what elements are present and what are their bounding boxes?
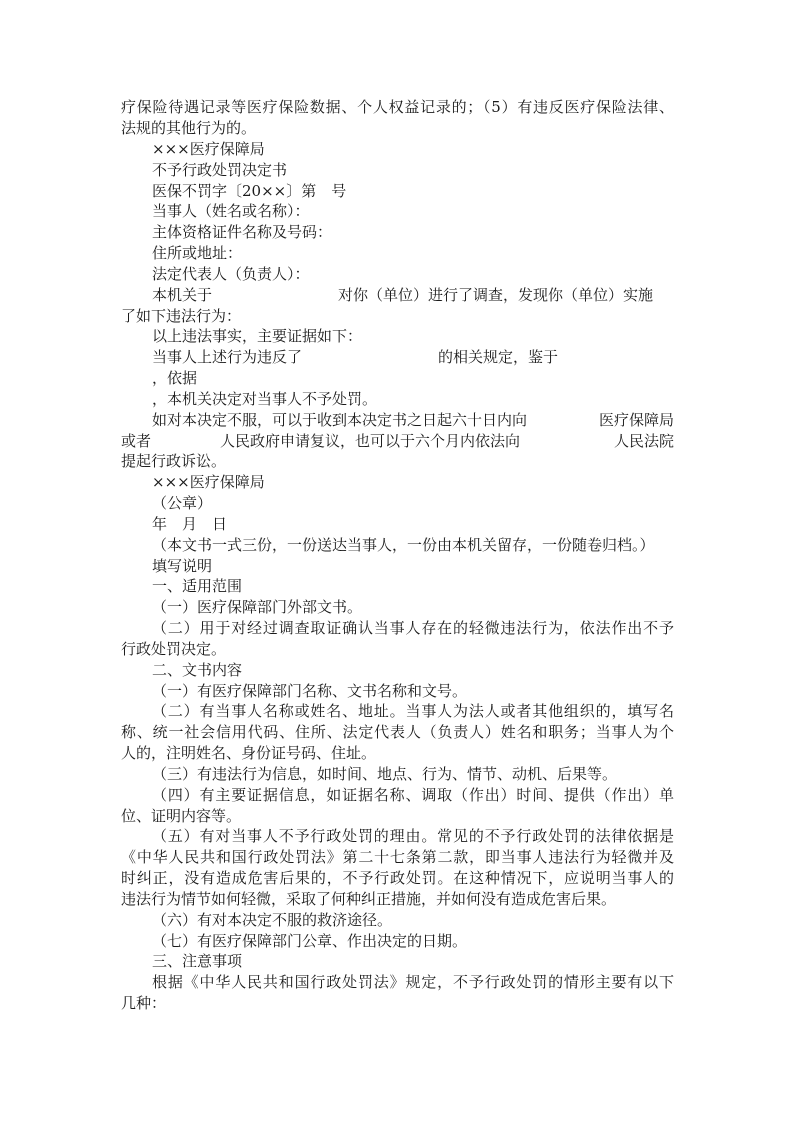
section-heading: 一、适用范围 — [152, 576, 674, 597]
issuing-authority: ×××医疗保障局 — [152, 139, 674, 160]
legal-representative-field: 法定代表人（负责人）： — [152, 264, 674, 285]
text-segment: 本机关于 — [152, 285, 212, 306]
paragraph-line: 时纠正，没有造成危害后果的，不予行政处罚。在这种情况下，应说明当事人的 — [121, 868, 674, 889]
paragraph-line: 几种： — [121, 993, 674, 1014]
copies-note: （本文书一式三份，一份送达当事人，一份由本机关留存，一份随卷归档。） — [152, 535, 674, 556]
document-page: 疗保险待遇记录等医疗保险数据、个人权益记录的；（5）有违反医疗保险法律、 法规的… — [0, 0, 793, 1122]
document-title: 不予行政处罚决定书 — [152, 160, 674, 181]
paragraph-line: 根据《中华人民共和国行政处罚法》规定，不予行政处罚的情形主要有以下 — [152, 972, 674, 993]
text-segment: 当事人上述行为违反了 — [152, 347, 302, 368]
paragraph-line: 违法行为情节如何轻微，采取了何种纠正措施，并如何没有造成危害后果。 — [121, 889, 674, 910]
party-name-field: 当事人（姓名或名称）： — [152, 201, 674, 222]
paragraph-line: 提起行政诉讼。 — [121, 451, 674, 472]
paragraph-line: 了如下违法行为： — [121, 306, 674, 327]
paragraph-line: 称、统一社会信用代码、住所、法定代表人（负责人）姓名和职务；当事人为个 — [121, 722, 674, 743]
appeal-line: 或者 人民政府申请复议，也可以于六个月内依法向 人民法院 — [121, 431, 674, 452]
list-item: （三）有违法行为信息，如时间、地点、行为、情节、动机、后果等。 — [152, 764, 674, 785]
list-item: （一）有医疗保障部门名称、文书名称和文号。 — [152, 681, 674, 702]
paragraph-line: 行政处罚决定。 — [121, 639, 674, 660]
text-segment: 医疗保障局 — [599, 410, 674, 431]
list-item: （六）有对本决定不服的救济途径。 — [152, 910, 674, 931]
document-number: 医保不罚字〔20××〕第 号 — [152, 181, 674, 202]
paragraph-line: 位、证明内容等。 — [121, 806, 674, 827]
appeal-line: 如对本决定不服，可以于收到本决定书之日起六十日内向 医疗保障局 — [152, 410, 674, 431]
signing-authority: ×××医疗保障局 — [152, 472, 674, 493]
violation-line: 当事人上述行为违反了 的相关规定，鉴于 — [152, 347, 674, 368]
paragraph-line: 疗保险待遇记录等医疗保险数据、个人权益记录的；（5）有违反医疗保险法律、 — [121, 97, 674, 118]
official-seal: （公章） — [152, 493, 674, 514]
list-item: （四）有主要证据信息，如证据名称、调取（作出）时间、提供（作出）单 — [152, 785, 674, 806]
paragraph-line: ，依据 — [152, 368, 674, 389]
party-address-field: 住所或地址： — [152, 243, 674, 264]
paragraph-line: 《中华人民共和国行政处罚法》第二十七条第二款，即当事人违法行为轻微并及 — [121, 847, 674, 868]
list-item: （二）有当事人名称或姓名、地址。当事人为法人或者其他组织的，填写名 — [152, 701, 674, 722]
text-segment: 如对本决定不服，可以于收到本决定书之日起六十日内向 — [152, 410, 527, 431]
text-segment: 对你（单位）进行了调查，发现你（单位）实施 — [338, 285, 653, 306]
list-item: （一）医疗保障部门外部文书。 — [152, 597, 674, 618]
section-heading: 填写说明 — [152, 556, 674, 577]
text-segment: 人民政府申请复议，也可以于六个月内依法向 — [220, 431, 520, 452]
text-segment: 的相关规定，鉴于 — [438, 347, 558, 368]
party-id-field: 主体资格证件名称及号码： — [152, 222, 674, 243]
text-segment: 人民法院 — [614, 431, 674, 452]
list-item: （二）用于对经过调查取证确认当事人存在的轻微违法行为，依法作出不予 — [152, 618, 674, 639]
text-segment: 或者 — [121, 431, 151, 452]
decision-line: ，本机关决定对当事人不予处罚。 — [152, 389, 674, 410]
section-heading: 二、文书内容 — [152, 660, 674, 681]
section-heading: 三、注意事项 — [152, 951, 674, 972]
investigation-line: 本机关于 对你（单位）进行了调查，发现你（单位）实施 — [152, 285, 674, 306]
paragraph-line: 法规的其他行为的。 — [121, 118, 674, 139]
date-line: 年 月 日 — [152, 514, 674, 535]
list-item: （五）有对当事人不予行政处罚的理由。常见的不予行政处罚的法律依据是 — [152, 826, 674, 847]
evidence-line: 以上违法事实，主要证据如下： — [152, 326, 674, 347]
paragraph-line: 人的，注明姓名、身份证号码、住址。 — [121, 743, 674, 764]
list-item: （七）有医疗保障部门公章、作出决定的日期。 — [152, 931, 674, 952]
